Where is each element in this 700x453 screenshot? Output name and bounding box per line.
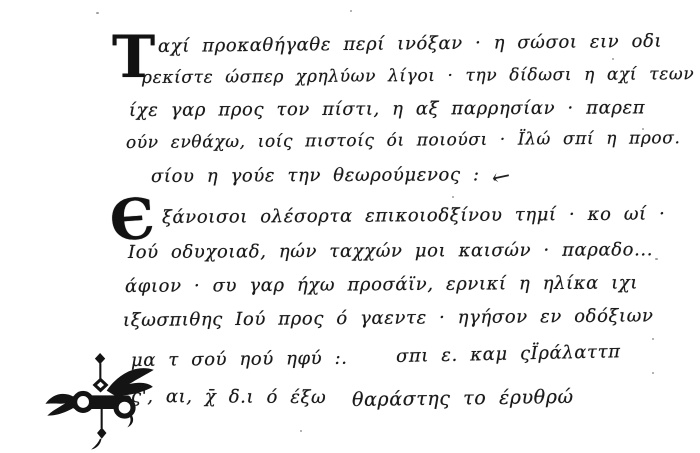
marginal-mark: ← [490, 163, 513, 191]
illuminated-initial-epsilon: Є [108, 191, 156, 250]
text-line-2: ρεκίστε ώσπερ χρηλύων λίγοι · την δίδωσι… [142, 64, 694, 88]
text-line-11-left: ς', αι, χ̄ δ.ι ό έξω [131, 386, 326, 408]
scan-speckle [452, 196, 454, 198]
scan-speckle [642, 128, 644, 130]
text-line-10-right: σπι ε. καμ ςΪράλαττπ [396, 341, 621, 367]
text-line-10-left: μα τ σού ηού ηφύ :. [131, 348, 348, 371]
text-line-9: ιξωσπιθης Ιού προς ό γαεντε · ηγήσον εν … [123, 305, 654, 331]
scan-speckle [96, 12, 99, 14]
text-line-11-right: θαράστης το έρυθρώ [352, 386, 574, 411]
text-line-4: ούν ενθάχω, ιοίς πιστοίς όι ποιούσι · Ϊλ… [126, 128, 681, 153]
scan-speckle [612, 58, 614, 60]
scan-speckle [652, 372, 654, 374]
text-line-3: ίχε γαρ προς τον πίστι, η αξ παρρησίαν ·… [129, 97, 645, 121]
scan-speckle [655, 258, 658, 260]
text-line-8: άφιον · συ γαρ ήχω προσάϊν, ερνικί η ηλί… [125, 272, 638, 297]
text-line-7: Ιού οδυχοιαδ, ηών ταχχών μοι καισών · πα… [128, 239, 653, 263]
scan-speckle [652, 338, 654, 340]
manuscript-page: Τ Є αχί προκαθήγαθε περί ινόξαν · η σώσο… [0, 0, 700, 453]
scan-speckle [300, 430, 302, 432]
text-line-6: ξάνοισοι ολέσορτα επικοιοδξίνου τημί · κ… [162, 203, 666, 228]
tailpiece-ornament-icon [42, 352, 160, 450]
scan-speckle [350, 10, 352, 12]
text-line-1: αχί προκαθήγαθε περί ινόξαν · η σώσοι ει… [158, 31, 662, 57]
text-line-5: σίου η γούε την θεωρούμενος : . [151, 164, 498, 187]
